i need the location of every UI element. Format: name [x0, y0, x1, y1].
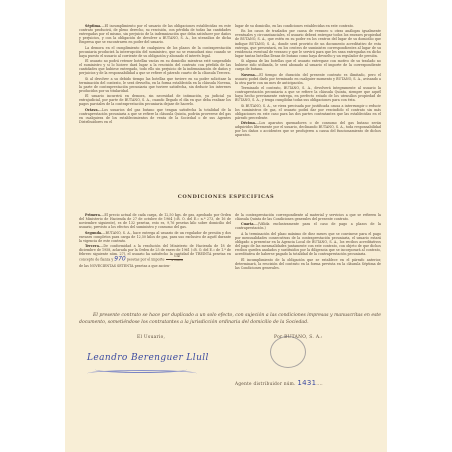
user-signature: Leandro Berenguer Llull	[87, 353, 209, 363]
clause-text: El usuario incurrirá en demora, sin nece…	[79, 94, 231, 106]
clause-paragraph: Si al devolver a su debido tiempo las bo…	[79, 77, 231, 93]
fraction-a-cuenta: a cuenta	[166, 260, 183, 263]
clause-paragraph: Segunda.—BUTANO, S. A., hace entrega al …	[79, 231, 231, 243]
clause-text: La demora en el cumplimiento de cualquie…	[79, 46, 231, 58]
clause-paragraph: Séptima.—El incumplimiento por el usuari…	[79, 24, 231, 44]
signature-flourish	[87, 370, 197, 377]
clause-text: Si alguna de las botellas que el usuario…	[235, 59, 381, 71]
clause-paragraph: La demora en el cumplimiento de cualquie…	[79, 46, 231, 58]
clause-text: Terminado el contrato, BUTANO, S. A., de…	[235, 86, 381, 102]
clause-paragraph: de las NOVECIENTAS SETENTA pesetas a que…	[79, 264, 231, 268]
total-or-partial-fraction: total a cuenta	[166, 256, 183, 263]
agent-label: Agente distribuidor núm.	[235, 381, 296, 386]
general-conditions-left-column: Séptima.—El incumplimiento por el usuari…	[79, 24, 231, 125]
user-signature-label: El Usuario,	[137, 335, 165, 340]
clause-text: —BUTANO, S. A., hace entrega al usuario …	[79, 231, 231, 243]
clause-paragraph: A la terminación del plazo máximo de die…	[235, 232, 381, 257]
clause-text: Si BUTANO, S. A., se viera precisada por…	[235, 104, 381, 120]
clause-text: —El tiempo de duración del presente cont…	[235, 73, 381, 85]
clause-text: El incumplimiento de la obligación que s…	[235, 258, 381, 270]
clause-paragraph: lugar de su domicilio, en las condicione…	[235, 24, 381, 28]
clause-paragraph: En los casos de traslados por causa de v…	[235, 29, 381, 58]
clause-text: En los casos de traslados por causa de v…	[235, 29, 381, 58]
clause-text: El usuario no podrá retener botellas vac…	[79, 59, 231, 75]
clause-paragraph: Si BUTANO, S. A., se viera precisada por…	[235, 104, 381, 120]
company-signature-mark	[270, 336, 306, 368]
clause-text: A la terminación del plazo máximo de die…	[235, 232, 381, 256]
specific-conditions-heading: CONDICIONES ESPECIFICAS	[65, 194, 387, 200]
handwritten-amount: 970	[114, 256, 125, 263]
clause-text: —Los usuarios del gas butano que tengan …	[79, 108, 231, 124]
clause-paragraph: Terminado el contrato, BUTANO, S. A., de…	[235, 86, 381, 102]
clause-text: —El precio actual de cada carga, de 12,5…	[79, 213, 231, 229]
dotted-fill: ....	[316, 381, 323, 386]
clause-paragraph: Tercera.—De conformidad a la resolución …	[79, 244, 231, 263]
clause-paragraph: Novena.—El tiempo de duración del presen…	[235, 73, 381, 85]
clause-text: —(Válida exclusivamente para el caso de …	[235, 222, 381, 230]
clause-paragraph: de la contraprestación correspondiente a…	[235, 213, 381, 221]
clause-text: lugar de su domicilio, en las condicione…	[235, 24, 354, 28]
clause-text: de la contraprestación correspondiente a…	[235, 213, 381, 221]
clause-paragraph: El usuario incurrirá en demora, sin nece…	[79, 94, 231, 106]
clause-paragraph: Si alguna de las botellas que el usuario…	[235, 59, 381, 71]
specific-conditions-right-column: de la contraprestación correspondiente a…	[235, 213, 381, 271]
clause-paragraph: Primera.—El precio actual de cada carga,…	[79, 213, 231, 229]
clause-paragraph: Octava.—Los usuarios del gas butano que …	[79, 108, 231, 124]
clause-text: Si al devolver a su debido tiempo las bo…	[79, 77, 231, 93]
clause-paragraph: El usuario no podrá retener botellas vac…	[79, 59, 231, 75]
clause-text: —Los aparatos quemadores o de consumo de…	[235, 121, 381, 137]
clause-text: de las NOVECIENTAS SETENTA pesetas a que…	[79, 264, 170, 268]
agent-number: 1431	[297, 379, 316, 387]
contract-page: Séptima.—El incumplimiento por el usuari…	[65, 0, 387, 452]
agent-distributor-line: Agente distribuidor núm. 1431....	[235, 379, 323, 387]
closing-statement: El presente contrato se hace por duplica…	[79, 313, 381, 326]
clause-text: pesetas por el importe	[127, 258, 165, 262]
clause-paragraph: Décima.—Los aparatos quemadores o de con…	[235, 121, 381, 137]
specific-conditions-left-column: Primera.—El precio actual de cada carga,…	[79, 213, 231, 269]
clause-paragraph: Cuarta.—(Válida exclusivamente para el c…	[235, 222, 381, 230]
clause-paragraph: El incumplimiento de la obligación que s…	[235, 258, 381, 270]
general-conditions-right-column: lugar de su domicilio, en las condicione…	[235, 24, 381, 139]
clause-text: —El incumplimiento por el usuario de las…	[79, 24, 231, 44]
